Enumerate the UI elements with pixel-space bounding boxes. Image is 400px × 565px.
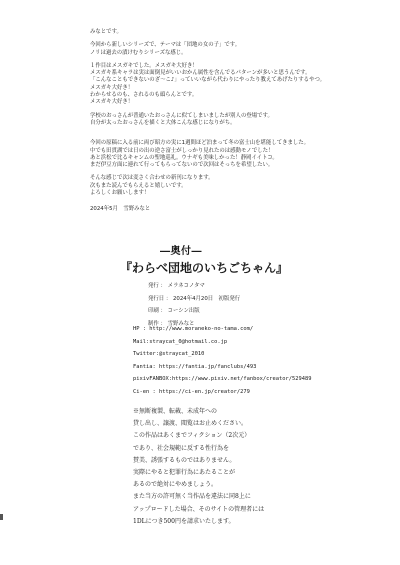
cien-link: Ci-en : https://ci-en.jp/creator/279	[133, 386, 312, 399]
notice-line: 実際にやると犯罪行為にあたることが	[133, 467, 264, 479]
fanbox-link: pixivFANBOX:https://www.pixiv.net/fanbox…	[133, 373, 312, 386]
notice-line: 1DLにつき500円を請求いたします。	[133, 516, 264, 528]
colophon-heading: ―奥付―	[160, 242, 202, 257]
notice-line: であり、社会規範に反する性行為を	[133, 443, 264, 455]
afterword-line: メスガキ大好き！	[90, 85, 390, 92]
twitter-handle: Twitter:@straycat_2010	[133, 348, 312, 361]
notice-line: また当方の許可無く当作品を違法に同8上に	[133, 491, 264, 503]
printer-line: 印刷 ： コーシン出版	[148, 305, 240, 318]
afterword-line: まだ伊豆方面に連れて行ってもらってないので次回はそっちを希望したい。	[90, 162, 390, 169]
notice-line: 賛美、誘張するものではありません。	[133, 455, 264, 467]
mail-address: Mail:straycat_0@hotmail.co.jp	[133, 336, 312, 349]
notice-line: アップロードした場合、そのサイトの管理者には	[133, 504, 264, 516]
publisher-line: 発行 ： メラネコノタマ	[148, 280, 240, 293]
fantia-link: Fantia: https://fantia.jp/fanclubs/493	[133, 361, 312, 374]
publish-date-line: 発行日 ： 2024年4月20日 初版発行	[148, 293, 240, 306]
afterword-line: 自分が太ったおっさんを描くと大体こんな感じになりがち。	[90, 120, 390, 127]
afterword-line: 次もまた読んでもらえると嬉しいです。	[90, 183, 390, 190]
afterword-line: 学校のおっさんが普通いたおっさんに似てしまいましたが別人の登場です。	[90, 113, 390, 120]
afterword-paragraph: 今回から新しいシリーズで、テーマは「団地の女の子」です。 ノリは過去の漬けむりシ…	[90, 42, 390, 57]
afterword-line: 「こんなこともできないのざ〜こ♪」っていいながら代わりにやったり教えてあげたりす…	[90, 77, 390, 84]
notice-line: この作品はあくまでフィクション（2次元）	[133, 430, 264, 442]
afterword-line: みなとです。	[90, 29, 390, 36]
page-edge-mark	[0, 514, 3, 520]
afterword-paragraph: みなとです。	[90, 29, 390, 36]
afterword-line: そんな感じで次は変さく合わせの新刊になります。	[90, 175, 390, 182]
afterword-line: 中でも田貫湖では日の出の逆さ富士がしっかり見れたのは感動モノでした！	[90, 148, 390, 155]
afterword-line: ノリは過去の漬けむりシリーズな感じ。	[90, 50, 390, 57]
afterword-signoff: 2024年5月 雪野みなと	[90, 206, 390, 213]
afterword-paragraph: そんな感じで次は変さく合わせの新刊になります。 次もまた読んでもらえると嬉しいで…	[90, 175, 390, 197]
notice-line: ※無断複製、転載、未成年への	[133, 406, 264, 418]
afterword-line: メスガキ大好き！	[90, 99, 390, 106]
afterword-paragraph: １作目はメスガキでした。メスガキ大好き！ メスガキ系キャラは実は面倒見がいいおか…	[90, 63, 390, 107]
afterword-line: 今回の原稿に入る前に両び昭方の実に1週間ほど泊まって冬の富士山を堪能してきました…	[90, 140, 390, 147]
notice-line: あるので絶対にやめましょう。	[133, 479, 264, 491]
notice-line: 貸し出し、譲渡、閲覧はお止めください。	[133, 418, 264, 430]
afterword-paragraph: 学校のおっさんが普通いたおっさんに似てしまいましたが別人の登場です。 自分が太っ…	[90, 113, 390, 128]
homepage-link: HP : http://www.moraneko-no-tama.com/	[133, 323, 312, 336]
book-title: 『わらべ団地のいちごちゃん』	[120, 259, 288, 276]
afterword-section: みなとです。 今回から新しいシリーズで、テーマは「団地の女の子」です。 ノリは過…	[90, 29, 390, 214]
contact-links: HP : http://www.moraneko-no-tama.com/ Ma…	[133, 323, 312, 399]
legal-notice: ※無断複製、転載、未成年への 貸し出し、譲渡、閲覧はお止めください。 この作品は…	[133, 406, 264, 528]
afterword-line: よろしくお願いします！	[90, 190, 390, 197]
afterword-line: 今回から新しいシリーズで、テーマは「団地の女の子」です。	[90, 42, 390, 49]
afterword-line: わからせるのも、されるのも頭らんとです。	[90, 92, 390, 99]
afterword-paragraph: 今回の原稿に入る前に両び昭方の実に1週間ほど泊まって冬の富士山を堪能してきました…	[90, 140, 390, 169]
